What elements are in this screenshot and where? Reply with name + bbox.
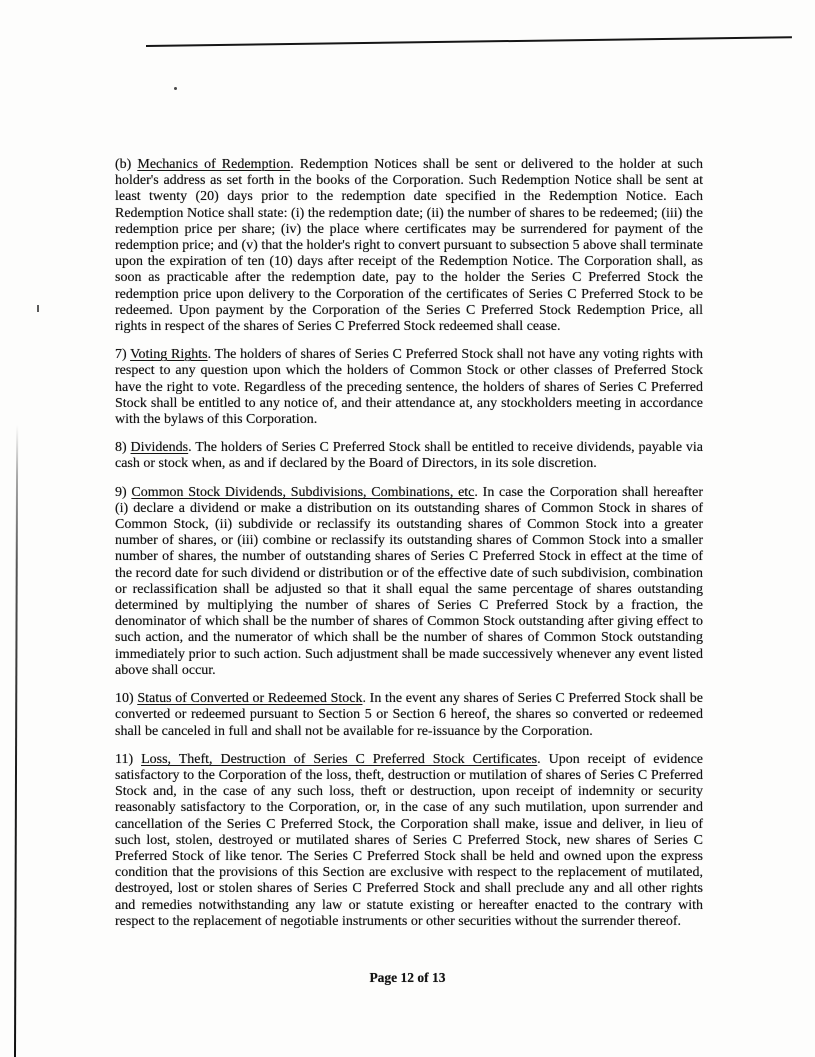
section-label: 11): [115, 752, 133, 767]
section-heading: Common Stock Dividends, Subdivisions, Co…: [131, 485, 474, 500]
document-body: (b) Mechanics of Redemption. Redemption …: [115, 157, 703, 942]
section-label: 7): [115, 347, 127, 362]
section-heading: Status of Converted or Redeemed Stock: [137, 691, 362, 706]
section-heading-suffix: .: [208, 347, 212, 362]
scan-dot-artifact: [174, 87, 177, 90]
section-heading-suffix: .: [537, 752, 541, 767]
section-heading-suffix: .: [362, 691, 366, 706]
paragraph-text: Upon receipt of evidence satisfactory to…: [115, 752, 703, 929]
section-heading: Mechanics of Redemption: [137, 157, 290, 172]
paragraph-11: 11) Loss, Theft, Destruction of Series C…: [115, 752, 703, 930]
section-label: 9): [115, 485, 127, 500]
section-heading: Dividends: [131, 440, 189, 455]
left-edge-scan-line: [14, 425, 19, 1057]
section-label: (b): [115, 157, 131, 172]
paragraph-9: 9) Common Stock Dividends, Subdivisions,…: [115, 485, 703, 679]
scan-tick-artifact: [37, 305, 39, 312]
paragraph-7: 7) Voting Rights. The holders of shares …: [115, 347, 703, 428]
page-number: Page 12 of 13: [0, 970, 815, 986]
section-heading-suffix: .: [188, 440, 192, 455]
paragraph-8: 8) Dividends. The holders of Series C Pr…: [115, 440, 703, 472]
document-page: (b) Mechanics of Redemption. Redemption …: [0, 0, 815, 1057]
top-rule-line: [146, 36, 792, 47]
paragraph-text: In case the Corporation shall hereafter …: [115, 485, 703, 678]
section-heading: Loss, Theft, Destruction of Series C Pre…: [141, 752, 537, 767]
section-heading: Voting Rights: [130, 347, 207, 362]
paragraph-b: (b) Mechanics of Redemption. Redemption …: [115, 157, 703, 335]
section-heading-suffix: .: [290, 157, 294, 172]
section-heading-suffix: .: [474, 485, 478, 500]
paragraph-text: Redemption Notices shall be sent or deli…: [115, 157, 703, 334]
section-label: 8): [115, 440, 127, 455]
paragraph-10: 10) Status of Converted or Redeemed Stoc…: [115, 691, 703, 740]
section-label: 10): [115, 691, 134, 706]
paragraph-text: The holders of Series C Preferred Stock …: [115, 440, 703, 471]
